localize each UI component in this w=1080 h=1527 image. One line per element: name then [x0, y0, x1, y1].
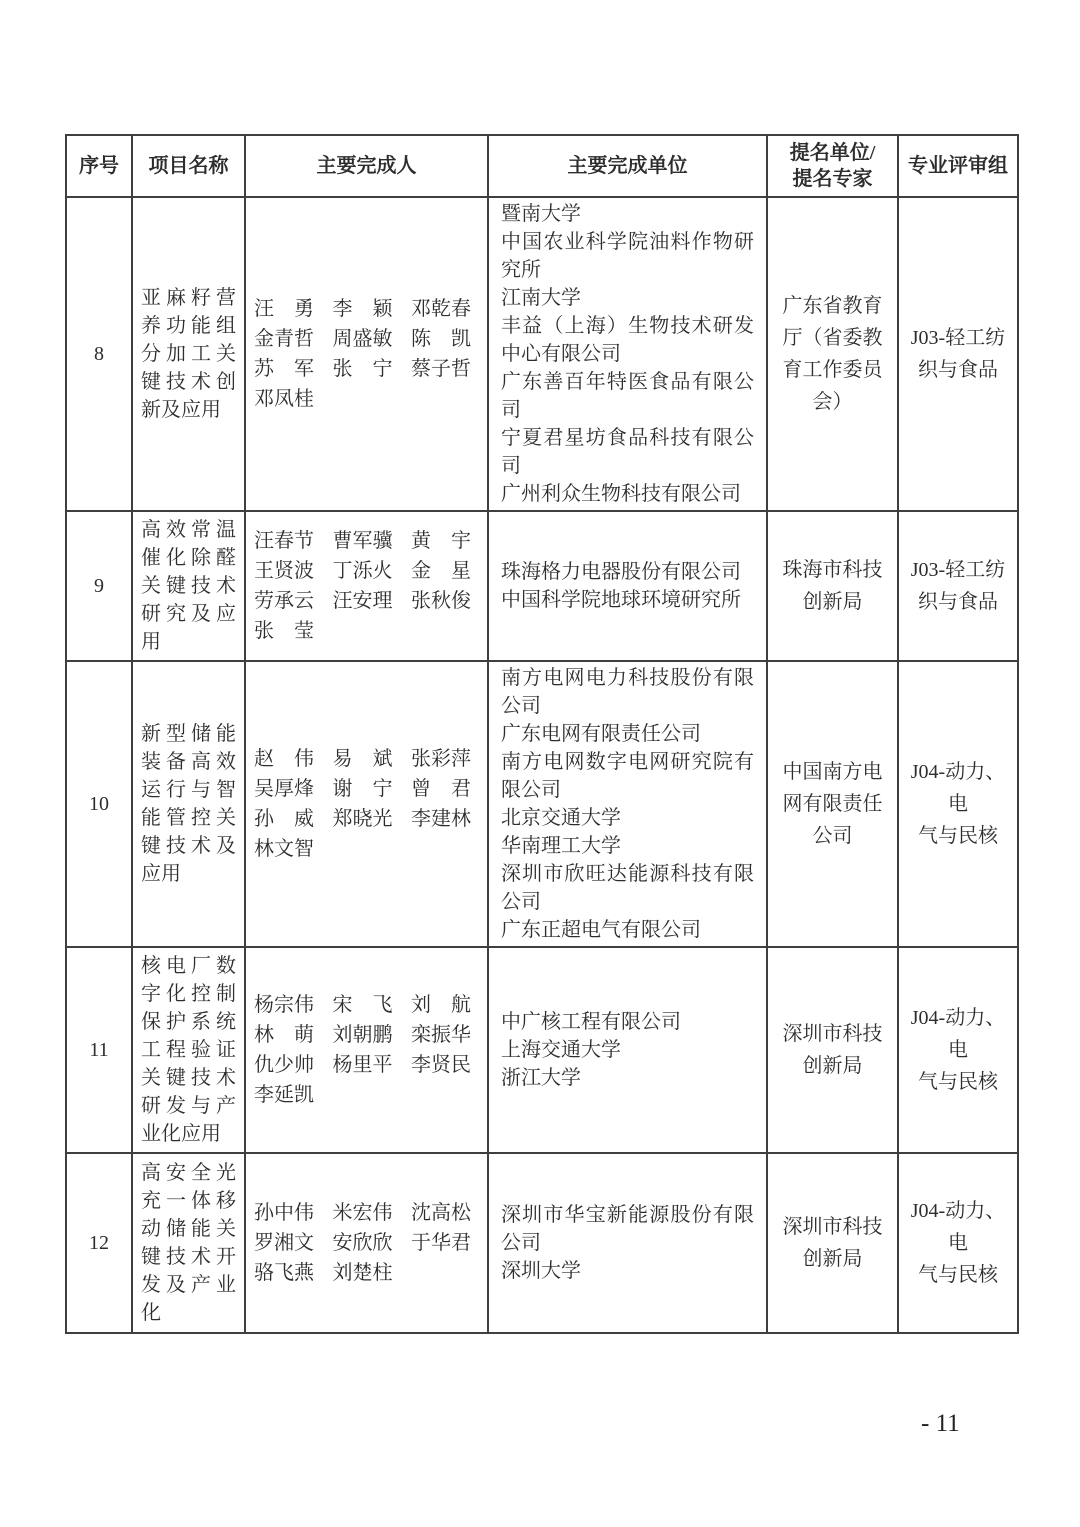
nominator-cell: 珠海市科技 创新局: [767, 511, 898, 661]
unit-name: 深圳市欣旺达能源科技有限公司: [501, 860, 754, 916]
unit-name: 南方电网电力科技股份有限公司: [501, 664, 754, 720]
unit-name: 北京交通大学: [501, 804, 754, 832]
column-header-people: 主要完成人: [245, 135, 488, 197]
serial-cell: 11: [66, 947, 132, 1153]
unit-name: 广州利众生物科技有限公司: [501, 480, 754, 508]
person-name: 米宏伟: [333, 1198, 393, 1228]
person-name: 张秋俊: [411, 586, 471, 616]
awards-table: 序号 项目名称 主要完成人 主要完成单位 提名单位/ 提名专家 专业评审组 8亚…: [65, 134, 1019, 1334]
table-row: 8亚麻籽营养功能组分加工关键技术创新及应用汪勇李颖邓乾春金青哲周盛敏陈凯苏军张宁…: [66, 197, 1018, 511]
table-row: 10新型储能装备高效运行与智能管控关键技术及应用赵伟易斌张彩萍吴厚烽谢宁曾君孙威…: [66, 661, 1018, 947]
person-name: 苏军: [254, 354, 314, 384]
people-cell: 杨宗伟宋飞刘航林萌刘朝鹏栾振华仇少帅杨里平李贤民李延凯: [245, 947, 488, 1153]
person-name: 谢宁: [333, 774, 393, 804]
column-header-serial: 序号: [66, 135, 132, 197]
unit-name: 广东电网有限责任公司: [501, 720, 754, 748]
person-name: 沈高松: [411, 1198, 471, 1228]
person-name: 张彩萍: [411, 744, 471, 774]
project-title-cell: 亚麻籽营养功能组分加工关键技术创新及应用: [132, 197, 245, 511]
person-name: 仇少帅: [254, 1050, 314, 1080]
person-name: 黄宇: [411, 526, 471, 556]
column-header-nominator: 提名单位/ 提名专家: [767, 135, 898, 197]
person-name: 汪安理: [333, 586, 393, 616]
unit-name: 珠海格力电器股份有限公司: [501, 558, 754, 586]
people-grid: 汪春节曹军骥黄宇王贤波丁泺火金星劳承云汪安理张秋俊张莹: [246, 526, 487, 646]
review-group-cell: J04-动力、电 气与民核: [898, 947, 1018, 1153]
person-name: 赵伟: [254, 744, 314, 774]
person-name: 刘楚柱: [333, 1258, 393, 1288]
serial-cell: 9: [66, 511, 132, 661]
people-grid: 孙中伟米宏伟沈高松罗湘文安欣欣于华君骆飞燕刘楚柱: [246, 1198, 487, 1288]
person-name: 邓乾春: [411, 294, 471, 324]
person-name: 劳承云: [254, 586, 314, 616]
review-group-cell: J03-轻工纺 织与食品: [898, 197, 1018, 511]
person-name: 林文智: [254, 834, 314, 864]
person-name: 于华君: [411, 1228, 471, 1258]
person-name: 汪春节: [254, 526, 314, 556]
person-name: 罗湘文: [254, 1228, 314, 1258]
person-name: 李延凯: [254, 1080, 314, 1110]
nominator-cell: 中国南方电 网有限责任 公司: [767, 661, 898, 947]
unit-name: 南方电网数字电网研究院有限公司: [501, 748, 754, 804]
person-name: 安欣欣: [333, 1228, 393, 1258]
person-name: 刘朝鹏: [333, 1020, 393, 1050]
unit-name: 江南大学: [501, 284, 754, 312]
person-name: 吴厚烽: [254, 774, 314, 804]
person-name: 林萌: [254, 1020, 314, 1050]
person-name: 易斌: [333, 744, 393, 774]
people-cell: 孙中伟米宏伟沈高松罗湘文安欣欣于华君骆飞燕刘楚柱: [245, 1153, 488, 1333]
table-row: 12高安全光充一体移动储能关键技术开发及产业化孙中伟米宏伟沈高松罗湘文安欣欣于华…: [66, 1153, 1018, 1333]
person-name: 孙威: [254, 804, 314, 834]
people-grid: 赵伟易斌张彩萍吴厚烽谢宁曾君孙威郑晓光李建林林文智: [246, 744, 487, 864]
unit-name: 深圳市华宝新能源股份有限公司: [501, 1201, 754, 1257]
nominator-cell: 深圳市科技 创新局: [767, 1153, 898, 1333]
document-page: 序号 项目名称 主要完成人 主要完成单位 提名单位/ 提名专家 专业评审组 8亚…: [0, 0, 1080, 1527]
person-name: 曹军骥: [333, 526, 393, 556]
people-cell: 赵伟易斌张彩萍吴厚烽谢宁曾君孙威郑晓光李建林林文智: [245, 661, 488, 947]
serial-cell: 12: [66, 1153, 132, 1333]
person-name: 曾君: [411, 774, 471, 804]
page-number: - 11: [921, 1410, 960, 1438]
project-title-cell: 高效常温催化除醛关键技术研究及应用: [132, 511, 245, 661]
person-name: 邓凤桂: [254, 384, 314, 414]
units-cell: 暨南大学中国农业科学院油料作物研究所江南大学丰益（上海）生物技术研发中心有限公司…: [488, 197, 767, 511]
person-name: 周盛敏: [333, 324, 393, 354]
person-name: 杨里平: [333, 1050, 393, 1080]
units-cell: 珠海格力电器股份有限公司中国科学院地球环境研究所: [488, 511, 767, 661]
unit-name: 上海交通大学: [501, 1036, 754, 1064]
project-title-cell: 新型储能装备高效运行与智能管控关键技术及应用: [132, 661, 245, 947]
person-name: 李贤民: [411, 1050, 471, 1080]
unit-name: 浙江大学: [501, 1064, 754, 1092]
person-name: 丁泺火: [333, 556, 393, 586]
nominator-cell: 深圳市科技 创新局: [767, 947, 898, 1153]
units-cell: 中广核工程有限公司上海交通大学浙江大学: [488, 947, 767, 1153]
project-title-cell: 核电厂数字化控制保护系统工程验证关键技术研发与产业化应用: [132, 947, 245, 1153]
person-name: 金青哲: [254, 324, 314, 354]
serial-cell: 10: [66, 661, 132, 947]
person-name: 汪勇: [254, 294, 314, 324]
unit-name: 广东善百年特医食品有限公司: [501, 368, 754, 424]
unit-name: 宁夏君星坊食品科技有限公司: [501, 424, 754, 480]
person-name: 张莹: [254, 616, 314, 646]
person-name: 栾振华: [411, 1020, 471, 1050]
unit-name: 中国科学院地球环境研究所: [501, 586, 754, 614]
unit-name: 丰益（上海）生物技术研发中心有限公司: [501, 312, 754, 368]
person-name: 张宁: [333, 354, 393, 384]
project-title-cell: 高安全光充一体移动储能关键技术开发及产业化: [132, 1153, 245, 1333]
serial-cell: 8: [66, 197, 132, 511]
person-name: 郑晓光: [333, 804, 393, 834]
review-group-cell: J04-动力、电 气与民核: [898, 1153, 1018, 1333]
person-name: 刘航: [411, 990, 471, 1020]
units-cell: 深圳市华宝新能源股份有限公司深圳大学: [488, 1153, 767, 1333]
person-name: 骆飞燕: [254, 1258, 314, 1288]
unit-name: 华南理工大学: [501, 832, 754, 860]
person-name: 金星: [411, 556, 471, 586]
header-row: 序号 项目名称 主要完成人 主要完成单位 提名单位/ 提名专家 专业评审组: [66, 135, 1018, 197]
person-name: 李建林: [411, 804, 471, 834]
review-group-cell: J04-动力、电 气与民核: [898, 661, 1018, 947]
person-name: 王贤波: [254, 556, 314, 586]
column-header-review-group: 专业评审组: [898, 135, 1018, 197]
people-cell: 汪勇李颖邓乾春金青哲周盛敏陈凯苏军张宁蔡子哲邓凤桂: [245, 197, 488, 511]
unit-name: 中国农业科学院油料作物研究所: [501, 228, 754, 284]
people-grid: 汪勇李颖邓乾春金青哲周盛敏陈凯苏军张宁蔡子哲邓凤桂: [246, 294, 487, 414]
review-group-cell: J03-轻工纺 织与食品: [898, 511, 1018, 661]
people-grid: 杨宗伟宋飞刘航林萌刘朝鹏栾振华仇少帅杨里平李贤民李延凯: [246, 990, 487, 1110]
unit-name: 暨南大学: [501, 200, 754, 228]
unit-name: 深圳大学: [501, 1257, 754, 1285]
person-name: 蔡子哲: [411, 354, 471, 384]
table-row: 9高效常温催化除醛关键技术研究及应用汪春节曹军骥黄宇王贤波丁泺火金星劳承云汪安理…: [66, 511, 1018, 661]
units-cell: 南方电网电力科技股份有限公司广东电网有限责任公司南方电网数字电网研究院有限公司北…: [488, 661, 767, 947]
person-name: 李颖: [333, 294, 393, 324]
column-header-project: 项目名称: [132, 135, 245, 197]
column-header-units: 主要完成单位: [488, 135, 767, 197]
person-name: 孙中伟: [254, 1198, 314, 1228]
unit-name: 广东正超电气有限公司: [501, 916, 754, 944]
nominator-cell: 广东省教育 厅（省委教 育工作委员 会）: [767, 197, 898, 511]
table-row: 11核电厂数字化控制保护系统工程验证关键技术研发与产业化应用杨宗伟宋飞刘航林萌刘…: [66, 947, 1018, 1153]
person-name: 宋飞: [333, 990, 393, 1020]
person-name: 陈凯: [411, 324, 471, 354]
unit-name: 中广核工程有限公司: [501, 1008, 754, 1036]
people-cell: 汪春节曹军骥黄宇王贤波丁泺火金星劳承云汪安理张秋俊张莹: [245, 511, 488, 661]
person-name: 杨宗伟: [254, 990, 314, 1020]
